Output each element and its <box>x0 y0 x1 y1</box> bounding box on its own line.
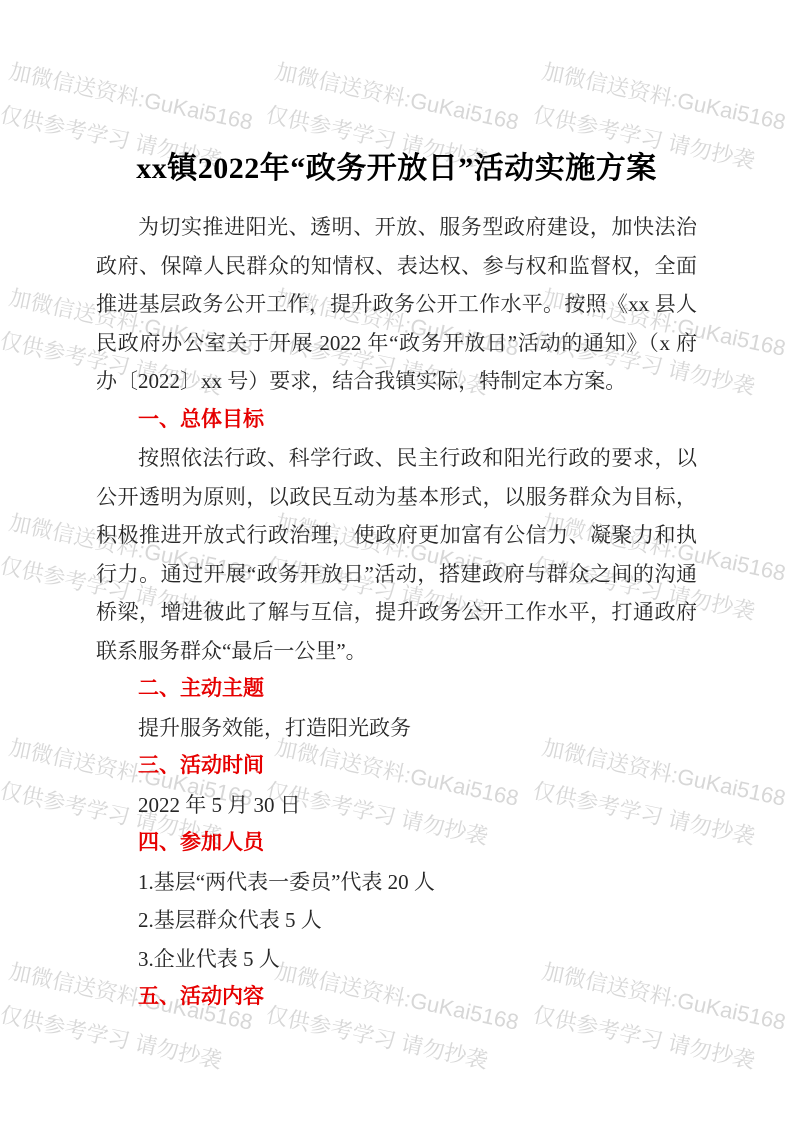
body-line: 1.基层“两代表一委员”代表 20 人 <box>96 863 697 902</box>
body-line: 2022 年 5 月 30 日 <box>96 786 697 825</box>
body-paragraph: 按照依法行政、科学行政、民主行政和阳光行政的要求，以公开透明为原则，以政民互动为… <box>96 439 697 670</box>
body-line: 2.基层群众代表 5 人 <box>96 901 697 940</box>
section-heading: 一、总体目标 <box>96 401 697 440</box>
body-line: 提升服务效能，打造阳光政务 <box>96 709 697 748</box>
document-page: 加微信送资料:GuKai5168仅供参考学习 请勿抄袭加微信送资料:GuKai5… <box>0 0 793 1122</box>
section-heading: 二、主动主题 <box>96 670 697 709</box>
section-heading: 四、参加人员 <box>96 824 697 863</box>
watermark-line1: 加微信送资料:GuKai5168 <box>5 50 257 145</box>
section-heading: 三、活动时间 <box>96 747 697 786</box>
document-body: 为切实推进阳光、透明、开放、服务型政府建设，加快法治政府、保障人民群众的知情权、… <box>96 208 697 1017</box>
watermark-line1: 加微信送资料:GuKai5168 <box>271 50 523 145</box>
document-title: xx镇2022年“政务开放日”活动实施方案 <box>96 146 697 192</box>
watermark-line1: 加微信送资料:GuKai5168 <box>538 50 790 145</box>
body-line: 3.企业代表 5 人 <box>96 940 697 979</box>
section-heading: 五、活动内容 <box>96 978 697 1017</box>
document-content: xx镇2022年“政务开放日”活动实施方案 为切实推进阳光、透明、开放、服务型政… <box>96 146 697 1017</box>
body-paragraph: 为切实推进阳光、透明、开放、服务型政府建设，加快法治政府、保障人民群众的知情权、… <box>96 208 697 401</box>
